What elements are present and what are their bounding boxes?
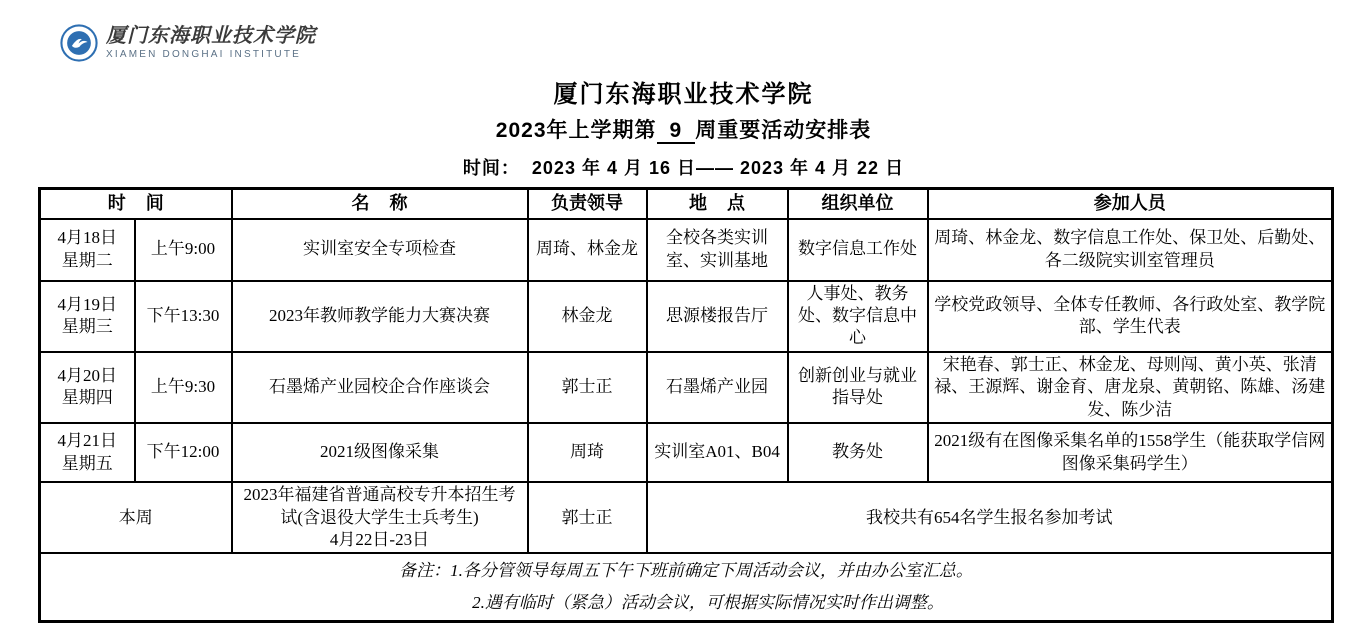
remarks-line-2: 2.遇有临时（紧急）活动会议，可根据实际情况实时作出调整。 [89,592,1327,614]
col-header-location: 地 点 [647,189,788,219]
date-cell: 4月18日 星期二 [40,219,135,281]
activity-name-cell: 2023年福建省普通高校专升本招生考试(含退役大学生士兵考生) 4月22日-23… [232,482,528,553]
leader-cell: 郭士正 [528,482,647,553]
subtitle-prefix: 2023年上学期第 [496,119,657,142]
location-cell: 实训室A01、B04 [647,423,788,482]
participants-cell: 宋艳春、郭士正、林金龙、母则闯、黄小英、张清禄、王源辉、谢金育、唐龙泉、黄朝铭、… [928,352,1333,423]
date-text: 4月21日 [45,430,130,452]
remarks-row: 备注：1.各分管领导每周五下午下班前确定下周活动会议，并由办公室汇总。 2.遇有… [40,553,1333,621]
activity-name-cell: 2023年教师教学能力大赛决赛 [232,281,528,352]
time-cell: 下午13:30 [135,281,232,352]
col-header-time: 时 间 [40,189,232,219]
week-note-cell: 我校共有654名学生报名参加考试 [647,482,1333,553]
col-header-name: 名 称 [232,189,528,219]
organizer-cell: 创新创业与就业指导处 [788,352,928,423]
location-cell: 思源楼报告厅 [647,281,788,352]
weekday-text: 星期五 [45,453,130,475]
table-row: 4月21日 星期五 下午12:00 2021级图像采集 周琦 实训室A01、B0… [40,423,1333,482]
col-header-participants: 参加人员 [928,189,1333,219]
location-cell: 石墨烯产业园 [647,352,788,423]
page-subtitle: 2023年上学期第9周重要活动安排表 [0,114,1367,144]
school-emblem-icon [60,24,98,62]
date-text: 4月19日 [45,294,130,316]
week-activity-dates: 4月22日-23日 [237,529,523,551]
col-header-leader: 负责领导 [528,189,647,219]
activity-name-cell: 2021级图像采集 [232,423,528,482]
subtitle-suffix: 周重要活动安排表 [695,119,871,142]
weekday-text: 星期四 [45,387,130,409]
organizer-cell: 教务处 [788,423,928,482]
time-cell: 上午9:00 [135,219,232,281]
date-cell: 4月21日 星期五 [40,423,135,482]
date-text: 4月20日 [45,365,130,387]
activity-name-cell: 石墨烯产业园校企合作座谈会 [232,352,528,423]
school-logo-text: 厦门东海职业技术学院 XIAMEN DONGHAI INSTITUTE [106,26,316,61]
week-summary-row: 本周 2023年福建省普通高校专升本招生考试(含退役大学生士兵考生) 4月22日… [40,482,1333,553]
date-text: 4月18日 [45,227,130,249]
table-row: 4月19日 星期三 下午13:30 2023年教师教学能力大赛决赛 林金龙 思源… [40,281,1333,352]
school-name-cn: 厦门东海职业技术学院 [106,26,316,47]
week-activity-name: 2023年福建省普通高校专升本招生考试(含退役大学生士兵考生) [237,484,523,529]
weekday-text: 星期三 [45,316,130,338]
school-logo: 厦门东海职业技术学院 XIAMEN DONGHAI INSTITUTE [60,24,316,62]
school-name-en: XIAMEN DONGHAI INSTITUTE [106,50,316,61]
page-title: 厦门东海职业技术学院 [0,74,1367,109]
week-number: 9 [657,119,696,144]
date-cell: 4月20日 星期四 [40,352,135,423]
participants-cell: 周琦、林金龙、数字信息工作处、保卫处、后勤处、各二级院实训室管理员 [928,219,1333,281]
activity-name-cell: 实训室安全专项检查 [232,219,528,281]
weekday-text: 星期二 [45,250,130,272]
remarks-line-1: 备注：1.各分管领导每周五下午下班前确定下周活动会议，并由办公室汇总。 [45,560,1327,582]
organizer-cell: 数字信息工作处 [788,219,928,281]
time-cell: 下午12:00 [135,423,232,482]
location-cell: 全校各类实训室、实训基地 [647,219,788,281]
participants-cell: 学校党政领导、全体专任教师、各行政处室、教学院部、学生代表 [928,281,1333,352]
leader-cell: 周琦、林金龙 [528,219,647,281]
leader-cell: 林金龙 [528,281,647,352]
col-header-organizer: 组织单位 [788,189,928,219]
leader-cell: 郭士正 [528,352,647,423]
schedule-table: 时 间 名 称 负责领导 地 点 组织单位 参加人员 4月18日 星期二 上午9… [38,187,1334,623]
table-row: 4月20日 星期四 上午9:30 石墨烯产业园校企合作座谈会 郭士正 石墨烯产业… [40,352,1333,423]
organizer-cell: 人事处、教务处、数字信息中心 [788,281,928,352]
week-scope-cell: 本周 [40,482,232,553]
table-row: 4月18日 星期二 上午9:00 实训室安全专项检查 周琦、林金龙 全校各类实训… [40,219,1333,281]
page: { "colors": { "emblem_blue": "#2e6fb2", … [0,0,1367,644]
date-cell: 4月19日 星期三 [40,281,135,352]
header-row: 时 间 名 称 负责领导 地 点 组织单位 参加人员 [40,189,1333,219]
time-cell: 上午9:30 [135,352,232,423]
time-range: 时间： 2023 年 4 月 16 日—— 2023 年 4 月 22 日 [0,154,1367,180]
leader-cell: 周琦 [528,423,647,482]
remarks-cell: 备注：1.各分管领导每周五下午下班前确定下周活动会议，并由办公室汇总。 2.遇有… [40,553,1333,621]
participants-cell: 2021级有在图像采集名单的1558学生（能获取学信网图像采集码学生） [928,423,1333,482]
